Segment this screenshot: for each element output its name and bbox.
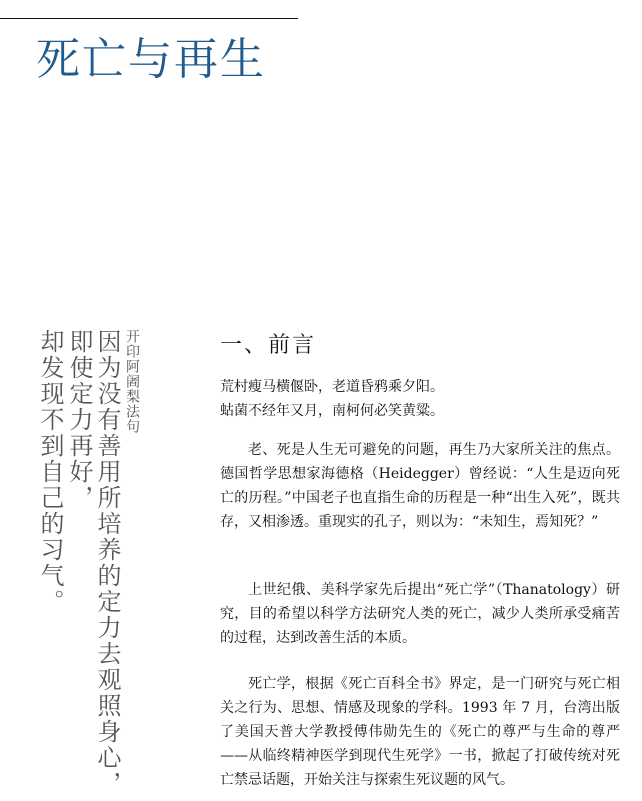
paragraph: 老、死是人生无可避免的问题，再生乃大家所关注的焦点。德国哲学思想家海德格（Hei… [220,438,620,534]
paragraph: 上世纪俄、美科学家先后提出“死亡学”（Thanatology）研究，目的希望以科… [220,578,620,650]
paragraph-text: 老、死是人生无可避免的问题，再生乃大家所关注的焦点。德国哲学思想家海德格（Hei… [220,438,620,534]
header-rule [0,18,298,19]
poem-line: 蛄菌不经年又月，南柯何必笑黄粱。 [220,399,444,423]
paragraph-text: 上世纪俄、美科学家先后提出“死亡学”（Thanatology）研究，目的希望以科… [220,578,620,650]
paragraph-text: 死亡学，根据《死亡百科全书》界定，是一门研究与死亡相关之行为、思想、情感及现象的… [220,672,620,792]
quote-line: 却发现不到自己的习气。 [37,329,63,615]
poem: 荒村瘦马横偃卧，老道昏鸦乘夕阳。 蛄菌不经年又月，南柯何必笑黄粱。 [220,375,444,423]
section-heading: 一、前言 [220,332,316,360]
quote-line: 即使定力再好， [66,329,92,511]
page-title: 死亡与再生 [36,32,266,88]
poem-line: 荒村瘦马横偃卧，老道昏鸦乘夕阳。 [220,375,444,399]
paragraph: 死亡学，根据《死亡百科全书》界定，是一门研究与死亡相关之行为、思想、情感及现象的… [220,672,620,792]
quote-source: 开印阿阇梨法句 [124,329,140,434]
quote-line: 因为没有善用所培养的定力去观照身心， [94,329,120,797]
